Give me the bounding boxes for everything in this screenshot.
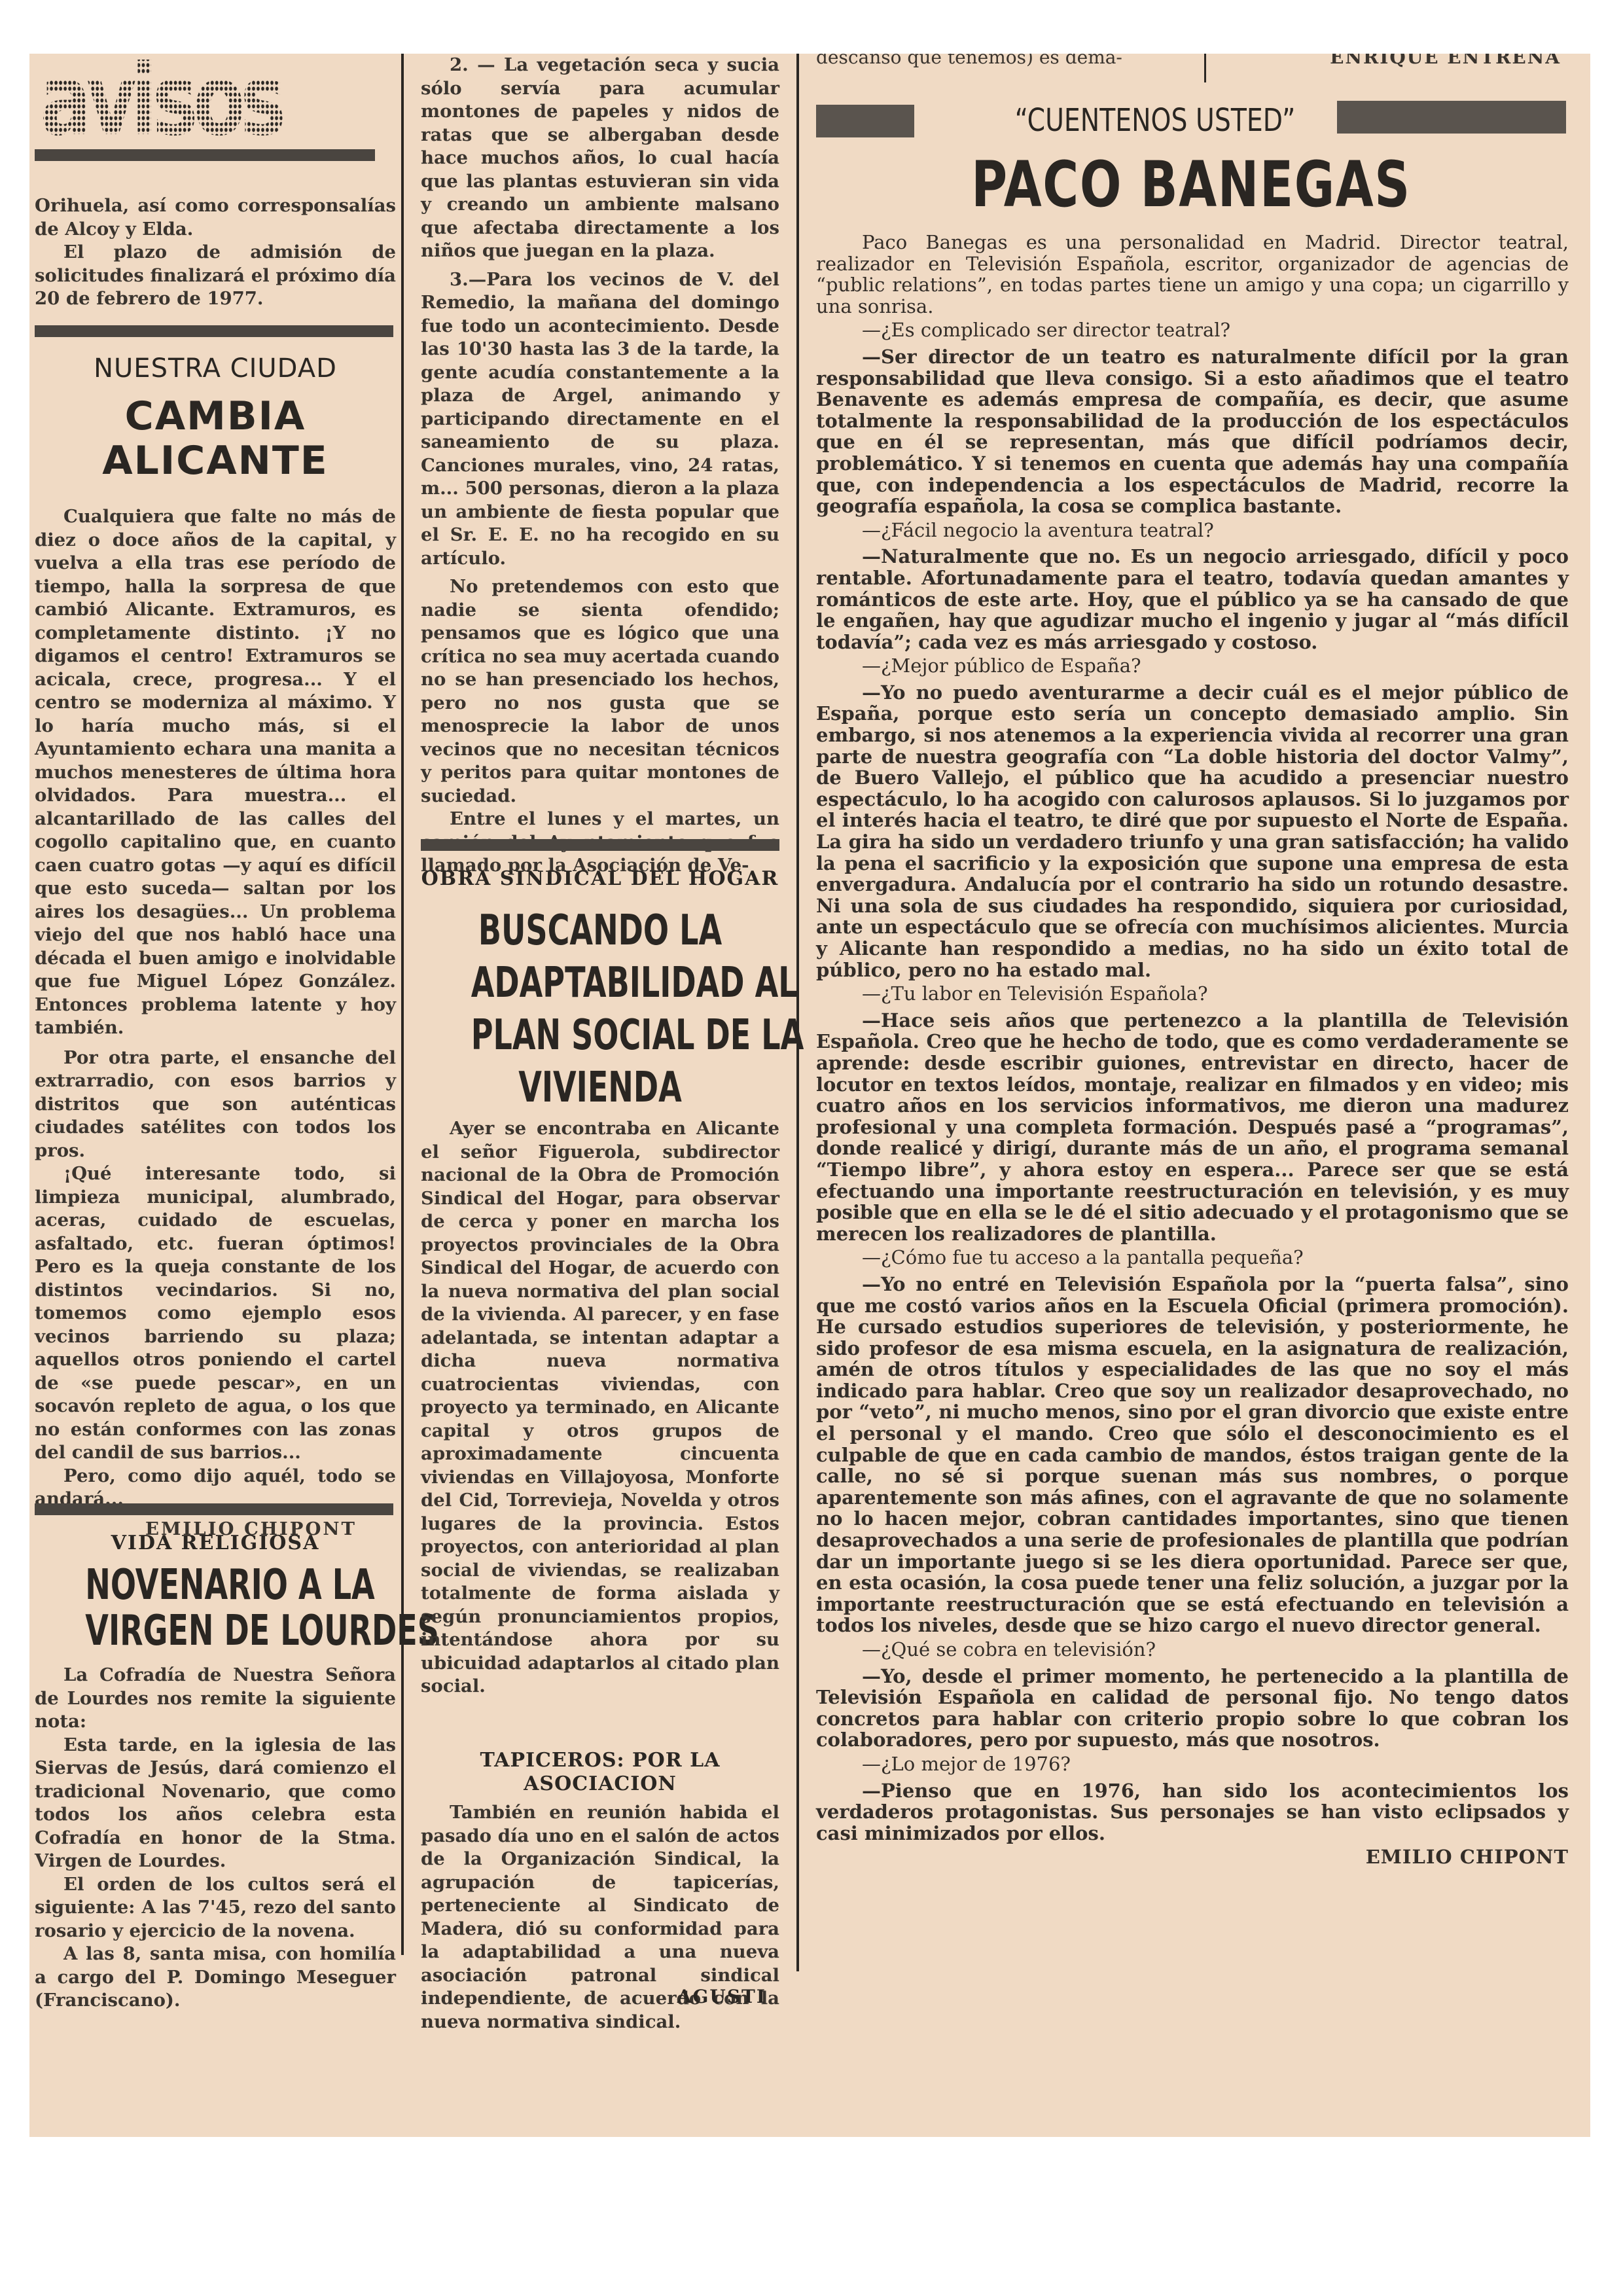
section-logo-avisos: avisos: [40, 56, 306, 145]
headline-line: NOVENARIO A LA: [85, 1562, 345, 1608]
interview-answer: —Naturalmente que no. Es un negocio arri…: [816, 546, 1569, 653]
section-bar: [35, 149, 375, 161]
section-kicker: “CUENTENOS USTED”: [1005, 102, 1305, 139]
interview-answer: —Pienso que en 1976, han sido los aconte…: [816, 1780, 1569, 1844]
fragment-text: descanso que tenemos) es dema-: [816, 54, 1122, 64]
interview-answer: —Yo, desde el primer momento, he pertene…: [816, 1666, 1569, 1751]
kicker-block-left: [816, 105, 914, 137]
section-bar: [421, 839, 779, 851]
headline-line: VIVIENDA: [471, 1062, 730, 1114]
newspaper-clipping: avisos Orihuela, así como corresponsalía…: [29, 54, 1590, 2137]
headline-line: PLAN SOCIAL DE LA: [471, 1009, 730, 1062]
interview-answer: —Yo no puedo aventurarme a decir cuál es…: [816, 682, 1569, 980]
body-paragraph: 3.—Para los vecinos de V. del Remedio, l…: [421, 268, 779, 571]
fragment-byline: ENRIQUE ENTRENA: [1330, 54, 1561, 64]
body-paragraph: Por otra parte, el ensanche del extrarra…: [35, 1047, 396, 1163]
section-bar: [35, 325, 393, 337]
article-headline: NOVENARIO A LA VIRGEN DE LOURDES: [35, 1562, 396, 1654]
body-paragraph: La Cofradía de Nuestra Señora de Lourdes…: [35, 1664, 396, 1734]
interview-question: —¿Qué se cobra en televisión?: [816, 1639, 1569, 1660]
article-body: Cualquiera que falte no más de diez o do…: [35, 505, 396, 1541]
interview-question: —¿Lo mejor de 1976?: [816, 1753, 1569, 1775]
body-paragraph: Ayer se encontraba en Alicante el señor …: [421, 1117, 779, 1698]
intro-paragraph: Paco Banegas es una personalidad en Madr…: [816, 232, 1569, 317]
article-headline: BUSCANDO LA ADAPTABILIDAD AL PLAN SOCIAL…: [421, 905, 779, 1114]
body-paragraph: A las 8, santa misa, con homilía a cargo…: [35, 1943, 396, 2013]
interview-answer: —Hace seis años que pertenezco a la plan…: [816, 1010, 1569, 1245]
section-bar: [35, 1503, 393, 1515]
body-paragraph: 2. — La vegetación seca y sucia sólo ser…: [421, 54, 779, 263]
headline-line: VIRGEN DE LOURDES: [85, 1608, 345, 1654]
article-kicker: VIDA RELIGIOSA: [35, 1532, 396, 1554]
interview-question: —¿Es complicado ser director teatral?: [816, 319, 1569, 341]
headline-line: BUSCANDO LA: [471, 905, 730, 957]
interview-question: —¿Cómo fue tu acceso a la pantalla peque…: [816, 1247, 1569, 1268]
body-paragraph: Esta tarde, en la iglesia de las Siervas…: [35, 1734, 396, 1873]
fragment-paragraph: El plazo de admisión de solicitudes fina…: [35, 241, 396, 311]
article-kicker: NUESTRA CIUDAD: [35, 353, 396, 384]
byline: EMILIO CHIPONT: [816, 1846, 1569, 1868]
headline-line: ADAPTABILIDAD AL: [471, 957, 730, 1009]
byline: AGUSTI: [677, 1986, 766, 2007]
fragment-paragraph: Orihuela, así como corresponsalías de Al…: [35, 194, 396, 241]
body-paragraph: Cualquiera que falte no más de diez o do…: [35, 505, 396, 1040]
body-paragraph: No pretendemos con esto que nadie se sie…: [421, 575, 779, 808]
interview-question: —¿Mejor público de España?: [816, 655, 1569, 677]
article-body: Ayer se encontraba en Alicante el señor …: [421, 1117, 779, 1698]
continued-article: 2. — La vegetación seca y sucia sólo ser…: [421, 54, 779, 878]
avisos-fragment: Orihuela, así como corresponsalías de Al…: [35, 194, 396, 311]
column-rule-1: [401, 54, 404, 1955]
previous-article-fragment: descanso que tenemos) es dema- ENRIQUE E…: [808, 54, 1574, 71]
body-paragraph: ¡Qué interesante todo, si limpieza munic…: [35, 1162, 396, 1465]
kicker-block-right: [1337, 101, 1566, 134]
article-headline: CAMBIA ALICANTE: [35, 394, 396, 483]
headline-line: ALICANTE: [35, 439, 396, 483]
interview-answer: —Yo no entré en Televisión Española por …: [816, 1274, 1569, 1636]
interview-question: —¿Tu labor en Televisión Española?: [816, 983, 1569, 1005]
fragment-rule: [1204, 54, 1206, 82]
interview-answer: —Ser director de un teatro es naturalmen…: [816, 346, 1569, 517]
article-body: La Cofradía de Nuestra Señora de Lourdes…: [35, 1664, 396, 2013]
headline-line: CAMBIA: [35, 394, 396, 439]
interview-body: Paco Banegas es una personalidad en Madr…: [816, 232, 1569, 1868]
article-kicker: OBRA SINDICAL DEL HOGAR: [421, 867, 779, 890]
interview-headline: PACO BANEGAS: [893, 152, 1490, 217]
qa-list: —¿Es complicado ser director teatral?—Se…: [816, 319, 1569, 1844]
interview-question: —¿Fácil negocio la aventura teatral?: [816, 520, 1569, 541]
body-paragraph: El orden de los cultos será el siguiente…: [35, 1873, 396, 1943]
article-subhead: TAPICEROS: POR LA ASOCIACION: [421, 1749, 779, 1796]
